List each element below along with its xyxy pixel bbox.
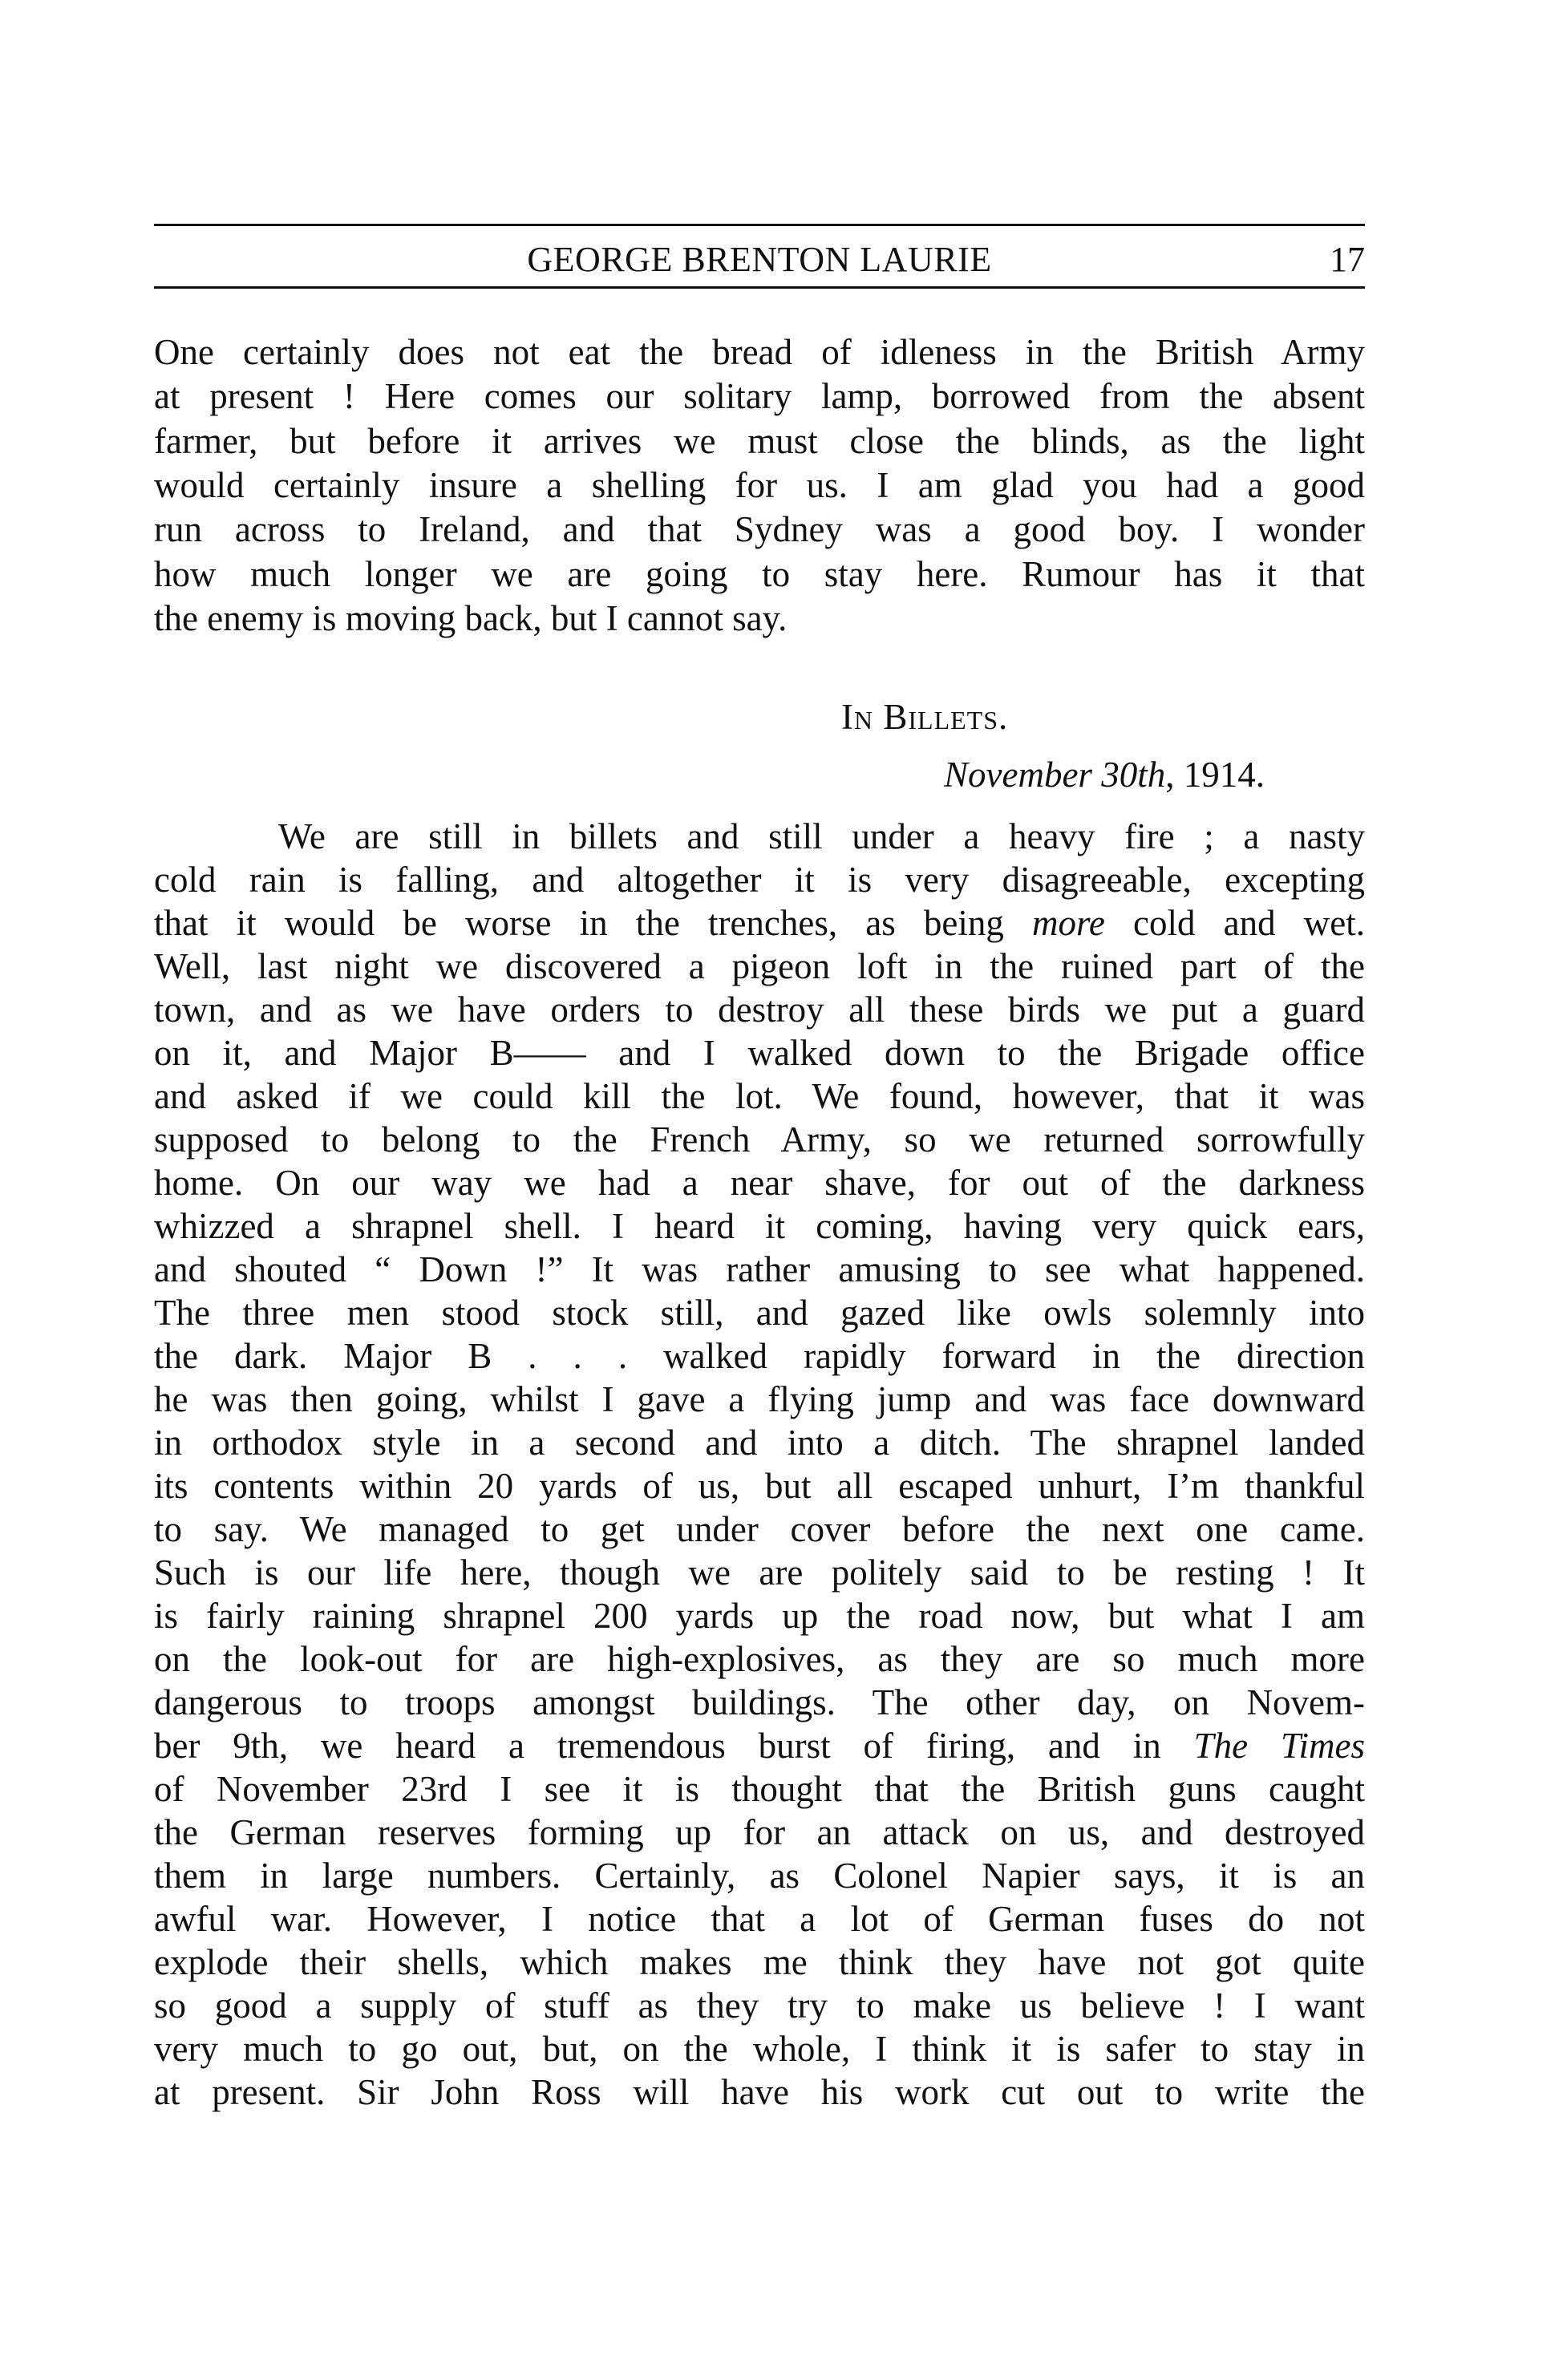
text-line: The three men stood stock still, and gaz… (154, 1295, 1365, 1331)
text-line: farmer, but before it arrives we must cl… (154, 423, 1365, 459)
text-line: the dark. Major B . . . walked rapidly f… (154, 1338, 1365, 1374)
text-line: on it, and Major B—— and I walked down t… (154, 1035, 1365, 1071)
text-segment: ber 9th, we heard a tremendous burst of … (154, 1726, 1194, 1766)
italic-emphasis: more (1032, 903, 1105, 943)
text-line: One certainly does not eat the bread of … (154, 334, 1365, 370)
text-line: home. On our way we had a near shave, fo… (154, 1165, 1365, 1201)
text-line: and asked if we could kill the lot. We f… (154, 1079, 1365, 1115)
text-line: whizzed a shrapnel shell. I heard it com… (154, 1208, 1365, 1245)
running-head-title: GEORGE BRENTON LAURIE (154, 242, 1365, 277)
section-heading-place: In Billets. (841, 699, 1008, 735)
date-italic: November 30th (944, 755, 1165, 795)
text-line: he was then going, whilst I gave a flyin… (154, 1382, 1365, 1418)
text-line: so good a supply of stuff as they try to… (154, 1988, 1365, 2024)
text-line: the enemy is moving back, but I cannot s… (154, 601, 1365, 637)
text-line: awful war. However, I notice that a lot … (154, 1901, 1365, 1937)
text-line: and shouted “ Down !” It was rather amus… (154, 1252, 1365, 1288)
text-segment: that it would be worse in the trenches, … (154, 903, 1032, 943)
section-heading-date: November 30th, 1914. (944, 757, 1265, 793)
book-page: GEORGE BRENTON LAURIE 17 One certainly d… (0, 0, 1567, 2380)
text-line: that it would be worse in the trenches, … (154, 905, 1365, 941)
text-line: of November 23rd I see it is thought tha… (154, 1771, 1365, 1807)
page-number: 17 (1330, 242, 1365, 277)
text-line: run across to Ireland, and that Sydney w… (154, 512, 1365, 548)
header-bottom-rule (154, 286, 1365, 289)
text-line: town, and as we have orders to destroy a… (154, 992, 1365, 1028)
text-line: supposed to belong to the French Army, s… (154, 1122, 1365, 1158)
text-line: is fairly raining shrapnel 200 yards up … (154, 1598, 1365, 1634)
text-line: at present ! Here comes our solitary lam… (154, 378, 1365, 415)
text-line: to say. We managed to get under cover be… (154, 1512, 1365, 1548)
text-line: Well, last night we discovered a pigeon … (154, 949, 1365, 985)
text-line: would certainly insure a shelling for us… (154, 467, 1365, 504)
text-line: very much to go out, but, on the whole, … (154, 2031, 1365, 2067)
text-line: ber 9th, we heard a tremendous burst of … (154, 1728, 1365, 1764)
text-line: explode their shells, which makes me thi… (154, 1945, 1365, 1981)
text-line: We are still in billets and still under … (278, 819, 1365, 855)
text-segment: cold and wet. (1105, 903, 1365, 943)
text-line: Such is our life here, though we are pol… (154, 1555, 1365, 1591)
text-line: in orthodox style in a second and into a… (154, 1425, 1365, 1461)
italic-emphasis: The Times (1194, 1726, 1365, 1766)
running-head: GEORGE BRENTON LAURIE 17 (154, 242, 1365, 290)
text-line: how much longer we are going to stay her… (154, 557, 1365, 593)
text-line: on the look-out for are high-explosives,… (154, 1641, 1365, 1678)
text-line: the German reserves forming up for an at… (154, 1815, 1365, 1851)
text-line: cold rain is falling, and altogether it … (154, 862, 1365, 898)
date-year: , 1914. (1165, 755, 1265, 795)
header-top-rule (154, 224, 1365, 226)
text-line: them in large numbers. Certainly, as Col… (154, 1858, 1365, 1894)
text-line: its contents within 20 yards of us, but … (154, 1468, 1365, 1504)
text-line: dangerous to troops amongst buildings. T… (154, 1685, 1365, 1721)
text-line: at present. Sir John Ross will have his … (154, 2074, 1365, 2111)
